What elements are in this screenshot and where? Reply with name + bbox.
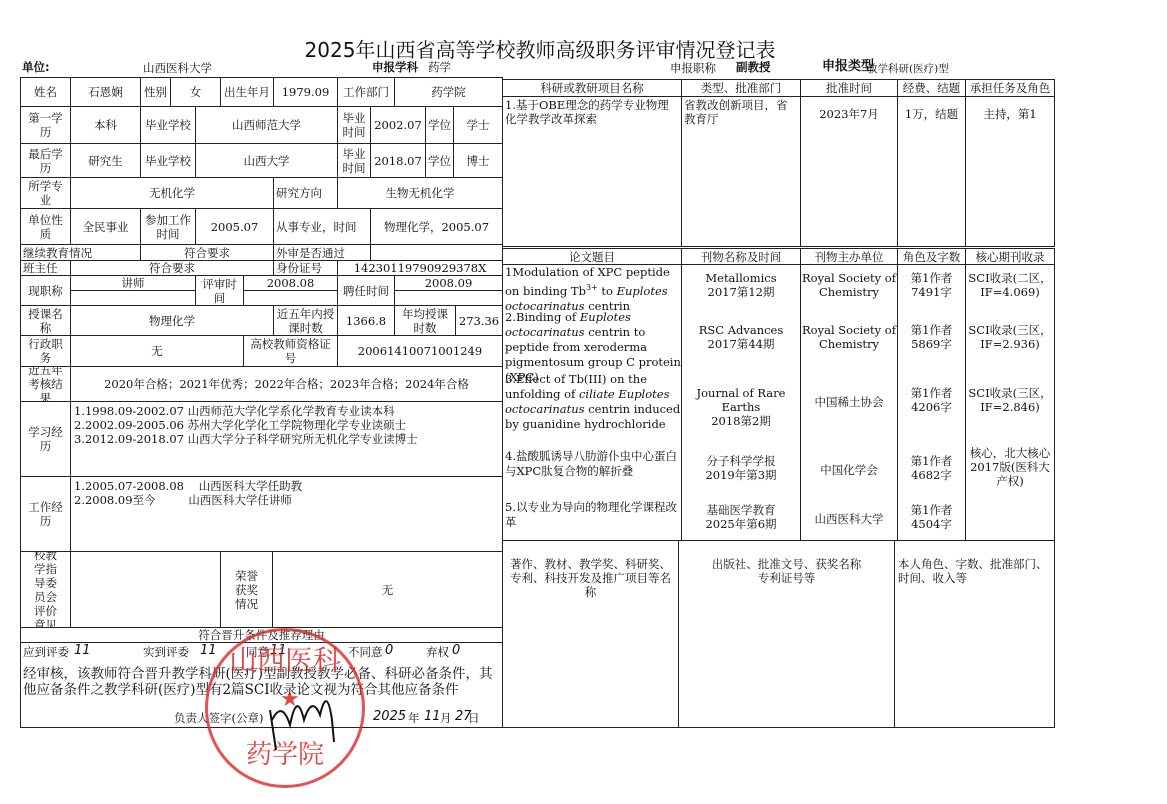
first-grad-time-value: 2002.07: [370, 106, 426, 144]
unit-nature-label: 单位性质: [20, 208, 71, 245]
course-value: 物理化学: [70, 305, 274, 336]
paper-role: 第1作者 4682字: [897, 454, 966, 482]
admin-value: 无: [70, 335, 244, 367]
study-item: 1.1998.09-2002.07 山西师范大学化学系化学教育专业读本科: [74, 404, 395, 418]
honor-value: 无: [272, 551, 503, 628]
works-header-role: 本人角色、字数、批准部门、时间、收入等: [894, 540, 1055, 728]
first-degree-value: 学士: [453, 106, 503, 144]
proj-header-role: 承担任务及角色: [965, 79, 1055, 97]
research-label: 研究方向: [273, 177, 338, 209]
paper-index: SCI收录(三区， IF=2.936): [967, 323, 1053, 351]
hire-time-blank: [394, 290, 503, 306]
first-school-value: 山西师范大学: [195, 106, 338, 144]
id-value: 14230119790929378X: [337, 260, 503, 276]
external-review-label: 外审是否通过: [273, 244, 371, 261]
paper-index: SCI收录(三区， IF=2.846): [967, 386, 1053, 414]
proj-header-type: 类型、批准部门: [681, 79, 801, 97]
unit-nature-value: 全民事业: [70, 208, 141, 245]
proj-header-name: 科研或教研项目名称: [502, 79, 682, 97]
paper-publisher: Royal Society of Chemistry: [800, 271, 898, 299]
external-review-value: [370, 244, 503, 261]
honor-label: 荣誉获奖情况: [220, 551, 273, 628]
current-title-blank: [70, 290, 196, 306]
hours-avg-value: 273.36: [455, 305, 503, 336]
paper-journal: Journal of Rare Earths 2018第2期: [681, 386, 801, 428]
paper-journal: 分子科学学报 2019年第3期: [681, 454, 801, 482]
profession-value: 物理化学，2005.07: [370, 208, 503, 245]
last-degree-label: 学位: [425, 143, 454, 178]
gender-value: 女: [170, 77, 221, 107]
paper-publisher: 中国化学会: [800, 463, 898, 477]
paper-role: 第1作者 7491字: [897, 271, 966, 299]
proj-role: 主持，第1: [965, 96, 1055, 247]
subject-value: 药学: [428, 60, 451, 74]
first-edu-label: 第一学历: [20, 106, 71, 144]
birth-label: 出生年月: [220, 77, 274, 107]
admin-label: 行政职务: [20, 335, 71, 367]
current-title-label: 现职称: [20, 275, 71, 306]
subject-label: 申报学科: [372, 60, 418, 74]
head-teacher-value: 符合要求: [70, 260, 274, 276]
first-grad-time-label: 毕业时间: [337, 106, 371, 144]
work-start-label: 参加工作时间: [140, 208, 196, 245]
disagree-value: 0: [385, 643, 393, 658]
review-time-value: 2008.08: [243, 275, 338, 291]
hours-avg-label: 年均授课时数: [394, 305, 456, 336]
paper-publisher: 中国稀土协会: [800, 395, 898, 409]
birth-value: 1979.09: [273, 77, 338, 107]
paper-header-index: 核心期刊收录: [965, 248, 1055, 265]
work-item: 1.2005.07-2008.08 山西医科大学任助教: [74, 479, 302, 493]
current-title-value: 讲师: [70, 275, 196, 291]
paper-journal: Metallomics 2017第12期: [681, 271, 801, 299]
name-value: 石恩娴: [70, 77, 141, 107]
paper-header-role: 角色及字数: [897, 248, 966, 265]
committee-label: 校教学指导委员会评价意见: [20, 551, 71, 628]
month-char: 月: [440, 711, 452, 725]
cert-label: 高校教师资格证号: [243, 335, 338, 367]
proj-time: 2023年7月: [800, 96, 898, 247]
year-char: 年: [408, 711, 420, 725]
hours5-label: 近五年内授课时数: [273, 305, 338, 336]
signature-icon: [262, 680, 342, 755]
should-label: 应到评委: [23, 645, 69, 659]
id-label: 身份证号: [273, 260, 338, 276]
name-label: 姓名: [20, 77, 71, 107]
paper-journal: 基础医学教育 2025年第6期: [681, 503, 801, 531]
date-month: 11: [424, 709, 441, 724]
paper-role: 第1作者 4206字: [897, 386, 966, 414]
head-teacher-label: 班主任: [20, 260, 71, 276]
paper-index: 核心，北大核心 2017版(医科大 产权): [967, 446, 1053, 488]
assess-value: 2020年合格；2021年优秀；2022年合格；2023年合格；2024年合格: [70, 366, 503, 402]
paper-header-journal: 刊物名称及时间: [681, 248, 801, 265]
type-value: 教学科研(医疗)型: [867, 62, 949, 76]
cont-edu-label: 继续教育情况: [20, 244, 141, 261]
dept-value: 药学院: [394, 77, 503, 107]
work-item: 2.2008.09至今 山西医科大学任讲师: [74, 493, 292, 507]
paper-publisher: 山西医科大学: [800, 512, 898, 526]
last-school-label: 毕业学校: [140, 143, 196, 178]
last-edu-label: 最后学历: [20, 143, 71, 178]
last-school-value: 山西大学: [195, 143, 338, 178]
date-year: 2025: [373, 709, 406, 724]
committee-value: [70, 551, 221, 628]
study-item: 3.2012.09-2018.07 山西大学分子科学研究所无机化学专业读博士: [74, 432, 418, 446]
paper-index: SCI收录(二区， IF=4.069): [967, 271, 1053, 299]
course-label: 授课名称: [20, 305, 71, 336]
review-time-blank: [243, 290, 338, 306]
paper-title: 3.Effect of Tb(III) on the unfolding of …: [505, 372, 681, 432]
last-grad-time-label: 毕业时间: [337, 143, 371, 178]
works-header-name: 著作、教材、教学奖、科研奖、 专利、科技开发及推广项目等名称: [502, 540, 679, 728]
study-item: 2.2002.09-2005.06 苏州大学化学化工学院物理化学专业读硕士: [74, 418, 406, 432]
last-edu-value: 研究生: [70, 143, 141, 178]
assess-label: 近五年考核结果: [20, 366, 71, 402]
work-label: 工作经历: [20, 476, 71, 552]
paper-header-publisher: 刊物主办单位: [800, 248, 898, 265]
paper-role: 第1作者 5869字: [897, 323, 966, 351]
profession-label: 从事专业，时间: [273, 208, 371, 245]
hire-time-value: 2008.09: [394, 275, 503, 291]
form-title: 2025年山西省高等学校教师高级职务评审情况登记表: [0, 34, 1080, 63]
dept-label: 工作部门: [337, 77, 395, 107]
abstain-value: 0: [452, 643, 460, 658]
review-time-label: 评审时间: [195, 275, 244, 306]
paper-title: 1Modulation of XPC peptide on binding Tb…: [505, 265, 681, 314]
first-school-label: 毕业学校: [140, 106, 196, 144]
first-degree-label: 学位: [425, 106, 454, 144]
title-label: 申报职称: [670, 61, 716, 75]
paper-publisher: Royal Society of Chemistry: [800, 323, 898, 351]
should-value: 11: [74, 643, 91, 658]
proj-header-fund: 经费、结题: [897, 79, 966, 97]
works-header-publisher: 出版社、批准文号、获奖名称 专利证号等: [678, 540, 895, 728]
gender-label: 性别: [140, 77, 171, 107]
major-label: 所学专业: [20, 177, 71, 209]
day-char: 日: [468, 711, 480, 725]
cont-edu-value: 符合要求: [140, 244, 274, 261]
work-start-value: 2005.07: [195, 208, 274, 245]
actual-label: 实到评委: [143, 645, 189, 659]
paper-role: 第1作者 4504字: [897, 503, 966, 531]
hire-time-label: 聘任时间: [337, 275, 395, 306]
abstain-label: 弃权: [426, 645, 449, 659]
paper-title: 4.盐酸胍诱导八肋游仆虫中心蛋白与XPC肽复合物的解折叠: [505, 449, 681, 479]
proj-name: 1.基于OBE理念的药学专业物理化学教学改革探索: [502, 96, 682, 247]
hours5-value: 1366.8: [337, 305, 395, 336]
paper-journal: RSC Advances 2017第44期: [681, 323, 801, 351]
last-degree-value: 博士: [453, 143, 503, 178]
study-label: 学习经历: [20, 401, 71, 477]
proj-fund: 1万，结题: [897, 96, 966, 247]
research-value: 生物无机化学: [337, 177, 503, 209]
last-grad-time-value: 2018.07: [370, 143, 426, 178]
proj-type: 省教改创新项目，省教育厅: [681, 96, 801, 247]
paper-header-title: 论文题目: [502, 248, 682, 265]
unit-label: 单位:: [22, 60, 50, 74]
title-value: 副教授: [736, 60, 771, 74]
unit-value: 山西医科大学: [143, 61, 212, 75]
proj-header-time: 批准时间: [800, 79, 898, 97]
paper-title: 5.以专业为导向的物理化学课程改革: [505, 500, 681, 530]
cert-value: 20061410071001249: [337, 335, 503, 367]
major-value: 无机化学: [70, 177, 274, 209]
first-edu-value: 本科: [70, 106, 141, 144]
